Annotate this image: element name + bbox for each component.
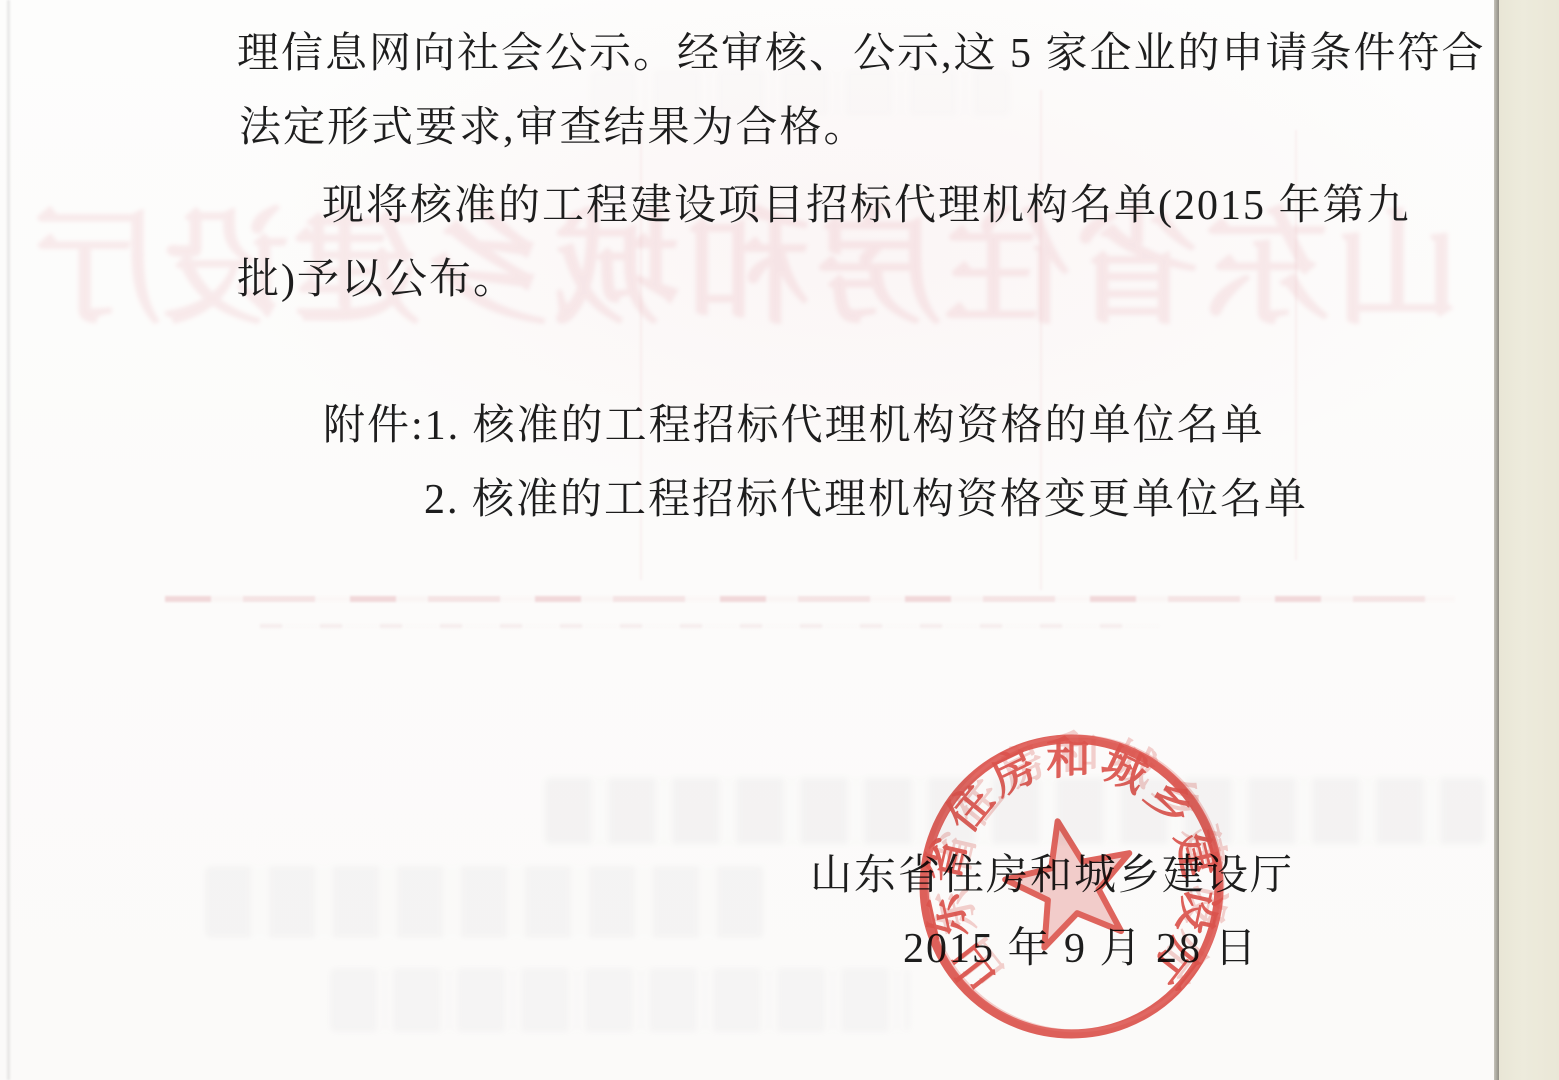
official-seal: 山东省住房和城乡建设厅 [914, 729, 1229, 1044]
scanner-margin-strip [1499, 0, 1559, 1080]
bleed-through-band [165, 596, 1455, 602]
body-line-1: 理信息网向社会公示。经审核、公示,这 5 家企业的申请条件符合 [237, 28, 1486, 81]
bleed-through-smudge [205, 866, 765, 938]
bleed-through-band-secondary [260, 624, 1160, 628]
attachment-item-1: 附件:1. 核准的工程招标代理机构资格的单位名单 [323, 400, 1265, 453]
seal-star-icon [996, 808, 1145, 952]
attachment-item-2: 2. 核准的工程招标代理机构资格变更单位名单 [424, 474, 1308, 527]
bleed-through-smudge [330, 968, 910, 1032]
page-left-shadow [7, 0, 10, 1080]
body-line-3: 现将核准的工程建设项目招标代理机构名单(2015 年第九 [322, 180, 1411, 233]
body-line-4: 批)予以公布。 [237, 254, 517, 307]
body-line-2: 法定形式要求,审查结果为合格。 [239, 102, 868, 155]
scanned-document-page: 山东省住房和城乡建设厅 理信息网向社会公示。经审核、公示,这 5 家企业的申请条… [0, 0, 1559, 1080]
